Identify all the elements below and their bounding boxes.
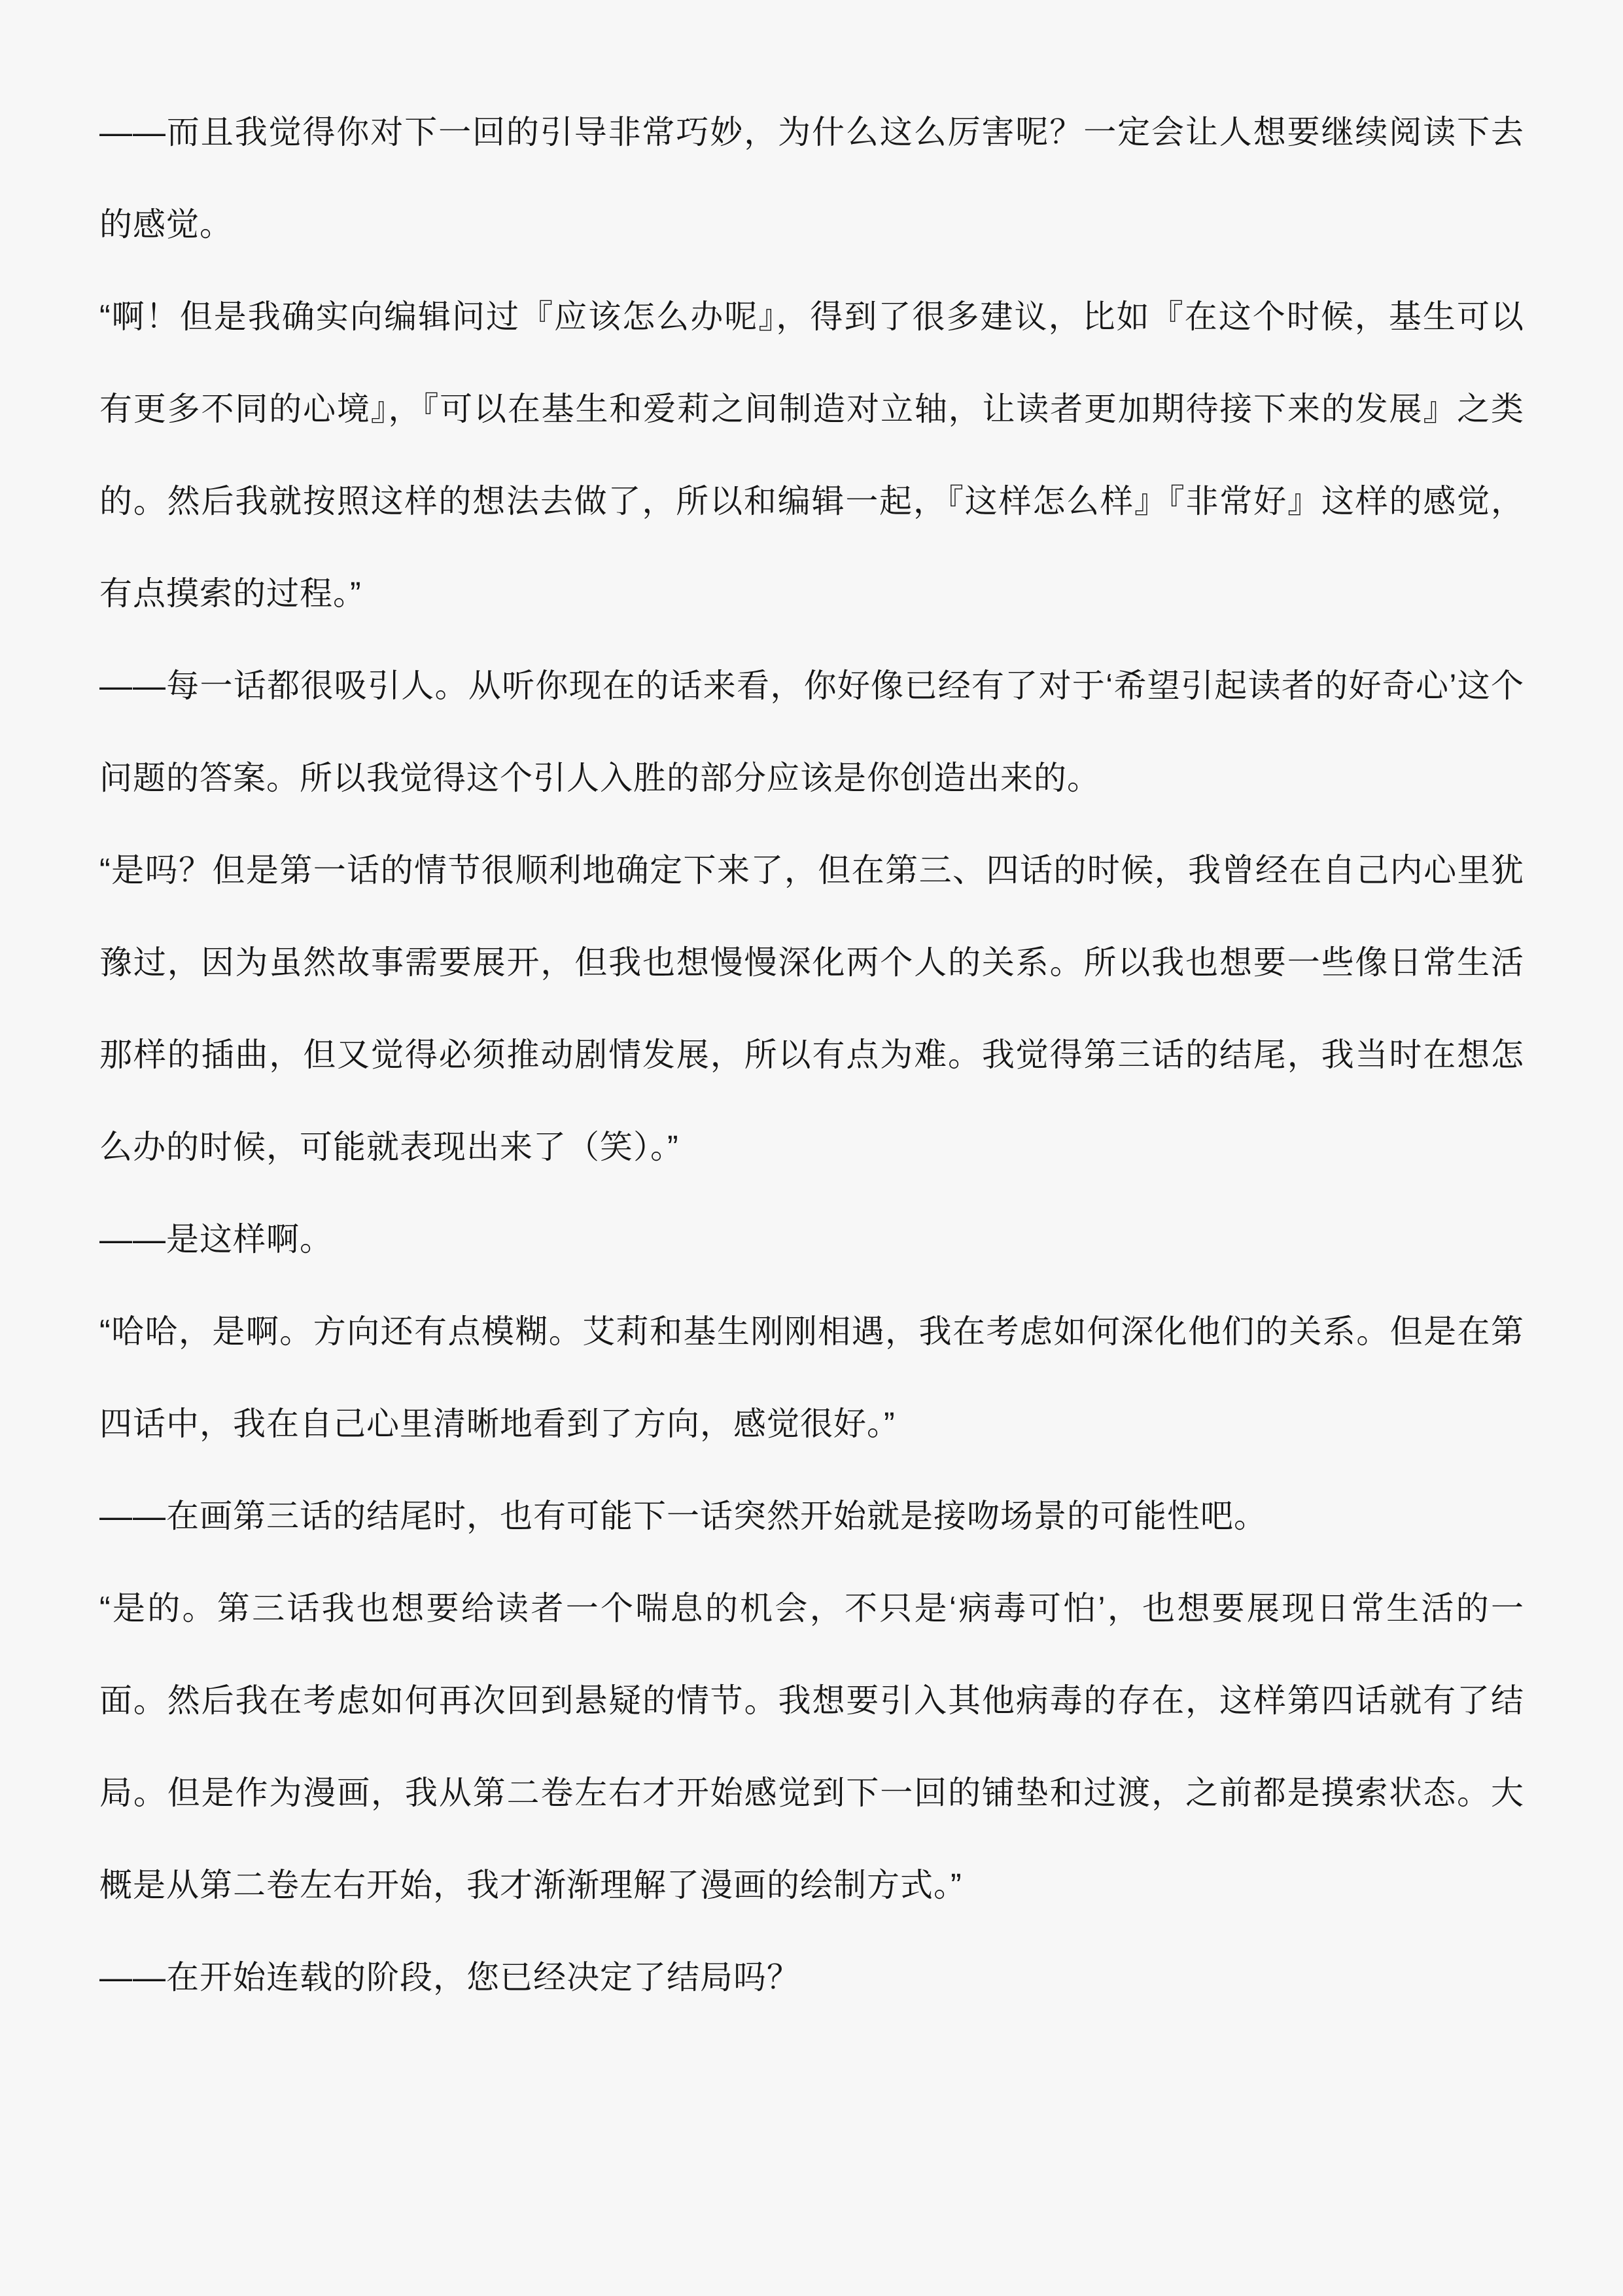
paragraph: “哈哈，是啊。方向还有点模糊。艾莉和基生刚刚相遇，我在考虑如何深化他们的关系。但…	[99, 1286, 1524, 1470]
paragraph: ——在开始连载的阶段，您已经决定了结局吗？	[99, 1932, 1524, 2024]
document-page: ――而且我觉得你对下一回的引导非常巧妙，为什么这么厉害呢？一定会让人想要继续阅读…	[0, 0, 1623, 2296]
paragraph: ——是这样啊。	[99, 1193, 1524, 1286]
paragraph: “啊！但是我确实向编辑问过『应该怎么办呢』，得到了很多建议，比如『在这个时候，基…	[99, 271, 1524, 640]
article-body: ――而且我觉得你对下一回的引导非常巧妙，为什么这么厉害呢？一定会让人想要继续阅读…	[99, 86, 1524, 2024]
paragraph: ――而且我觉得你对下一回的引导非常巧妙，为什么这么厉害呢？一定会让人想要继续阅读…	[99, 86, 1524, 271]
paragraph: ——在画第三话的结尾时，也有可能下一话突然开始就是接吻场景的可能性吧。	[99, 1470, 1524, 1563]
paragraph: “是吗？但是第一话的情节很顺利地确定下来了，但在第三、四话的时候，我曾经在自己内…	[99, 824, 1524, 1193]
paragraph: ——每一话都很吸引人。从听你现在的话来看，你好像已经有了对于‘希望引起读者的好奇…	[99, 640, 1524, 824]
paragraph: “是的。第三话我也想要给读者一个喘息的机会，不只是‘病毒可怕’，也想要展现日常生…	[99, 1563, 1524, 1932]
